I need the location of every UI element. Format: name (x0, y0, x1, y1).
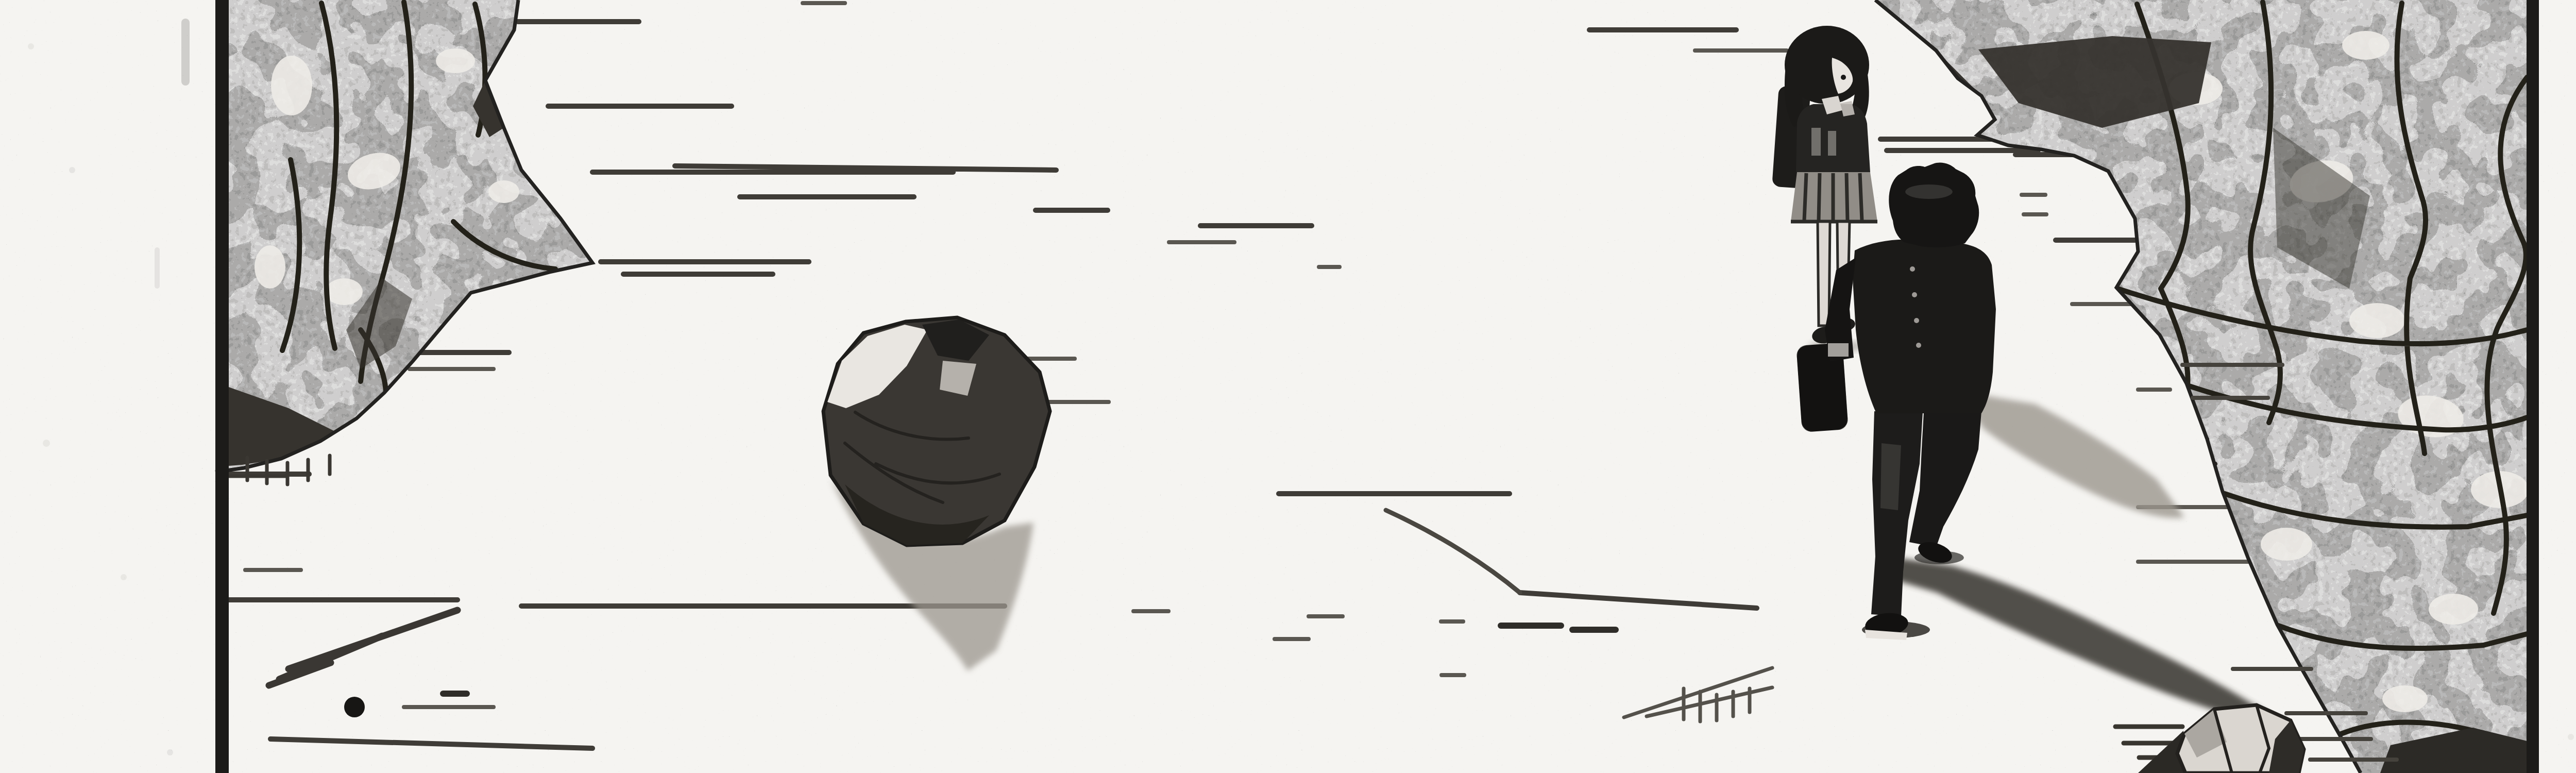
jacket-button (1916, 343, 1921, 348)
margin-smudge (155, 247, 160, 289)
rock-highlight (255, 245, 285, 289)
boy-hair-sheen (1905, 184, 1953, 199)
margin-speck (121, 574, 127, 580)
rock-highlight (2342, 31, 2389, 60)
margin-speck (167, 749, 173, 755)
rock-highlight (488, 180, 519, 203)
boy-trouser-highlight (1880, 443, 1901, 510)
girl-left-leg (1818, 222, 1830, 326)
rock-highlight (326, 278, 363, 305)
manga-panel-artwork (0, 0, 2576, 773)
jacket-button (1910, 266, 1915, 272)
girl-sleeve-highlight (1811, 128, 1821, 156)
jacket-button (1914, 318, 1919, 323)
panel-border-right (2527, 0, 2539, 773)
jacket-button (1912, 292, 1917, 297)
girl-eye-dot (1841, 75, 1846, 80)
boy-cuff-highlight (1828, 343, 1849, 357)
rock-highlight (2429, 594, 2478, 625)
ground-pebble-dot (344, 697, 365, 717)
girl-hair (1785, 26, 1869, 104)
rock-highlight (436, 48, 475, 73)
boy-gakuran-jacket (1853, 240, 1996, 413)
margin-speck (69, 167, 75, 173)
margin-speck (28, 43, 34, 49)
margin-smudge (181, 19, 190, 86)
margin-speck (43, 440, 50, 447)
rock-highlight (2382, 685, 2428, 712)
rock-highlight (2261, 528, 2312, 561)
rock-highlight (271, 56, 312, 115)
panel-border-left (215, 0, 229, 773)
margin-speck (2568, 734, 2574, 740)
manga-page-crop (0, 0, 2576, 773)
boy-hair (1889, 163, 1979, 247)
girl-sleeve-highlight (1828, 131, 1836, 156)
rock-highlight (2349, 303, 2405, 338)
